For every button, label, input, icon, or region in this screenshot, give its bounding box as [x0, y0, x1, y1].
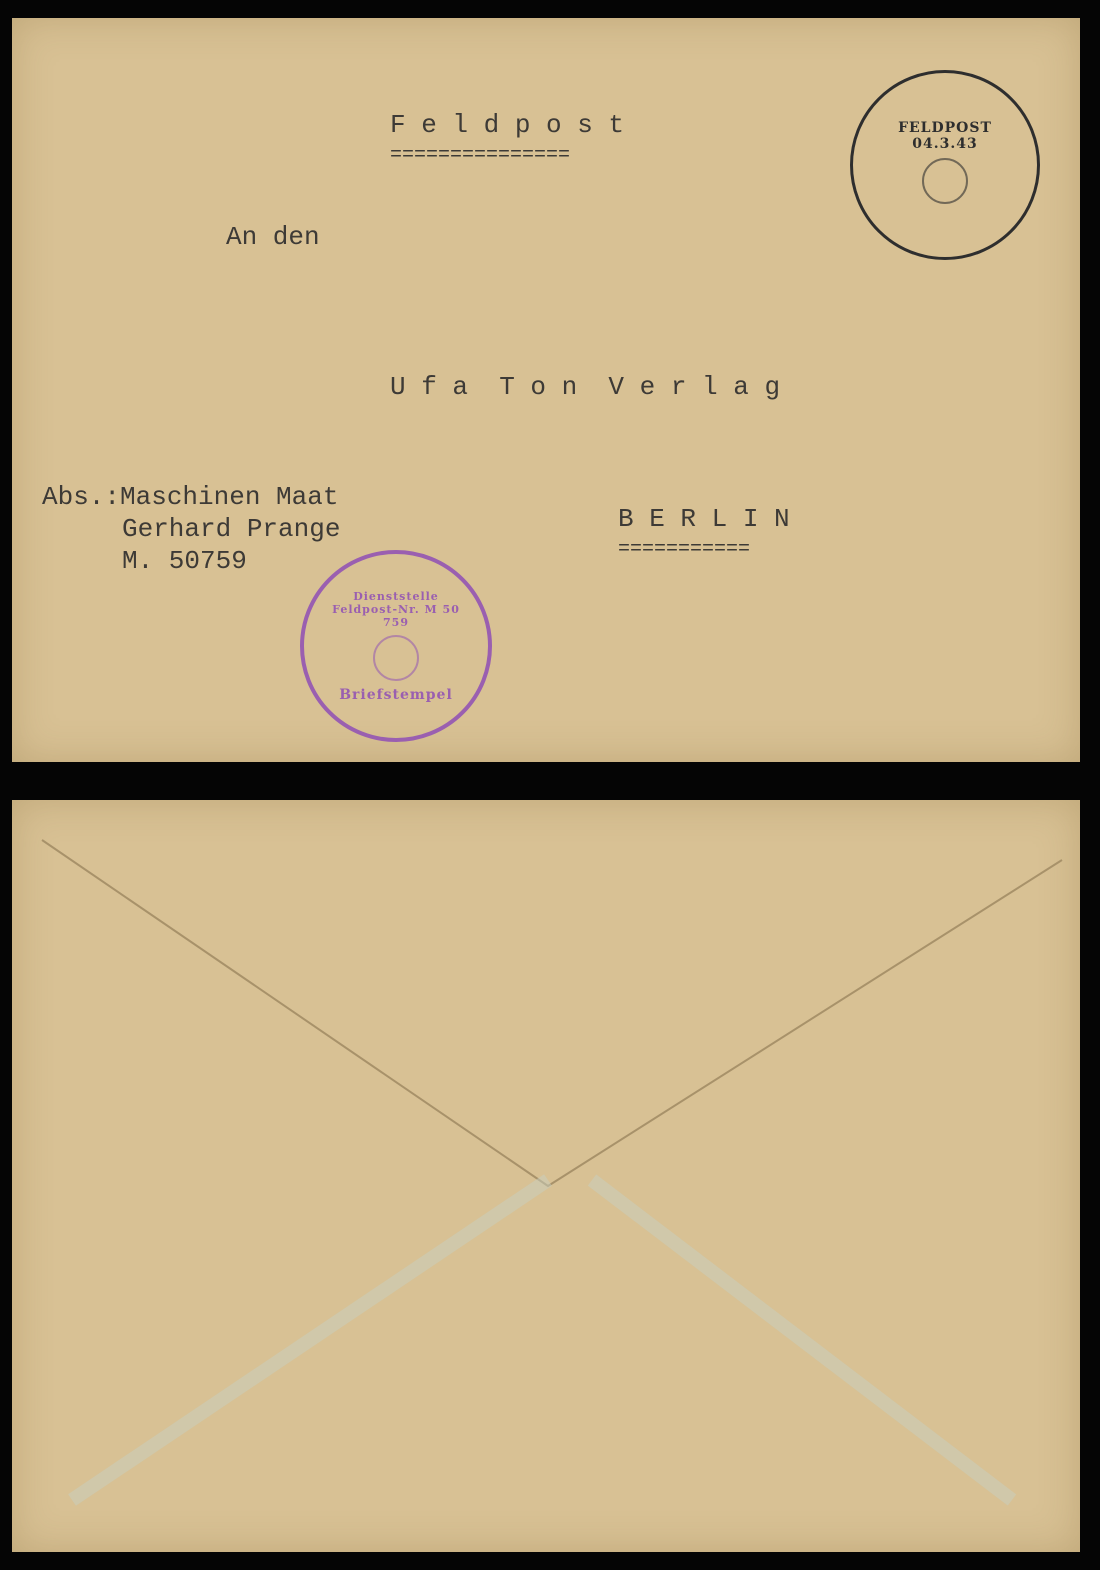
city-underline: =========== — [618, 538, 750, 561]
feldpost-header: F e l d p o s t — [390, 110, 624, 140]
postmark-stamp: FELDPOST 04.3.43 — [850, 70, 1040, 260]
unit-stamp-top: Dienststelle Feldpost-Nr. M 50 759 — [321, 590, 471, 629]
unit-stamp: Dienststelle Feldpost-Nr. M 50 759 Brief… — [300, 550, 492, 742]
recipient-name: U f a T o n V e r l a g — [390, 372, 780, 402]
emblem-icon — [373, 635, 419, 681]
flap-lines — [12, 800, 1080, 1552]
envelope-front: F e l d p o s t =============== An den U… — [12, 18, 1080, 762]
sender-line-2: Gerhard Prange — [122, 514, 340, 544]
envelope-back — [12, 800, 1080, 1552]
unit-stamp-bottom: Briefstempel — [339, 687, 453, 703]
recipient-city: B E R L I N — [618, 504, 790, 534]
sender-line-3: M. 50759 — [122, 546, 247, 576]
emblem-icon — [922, 158, 968, 204]
postmark-date: 04.3.43 — [912, 136, 977, 152]
sender-line-1: Abs.:Maschinen Maat — [42, 482, 338, 512]
postmark-text: FELDPOST — [898, 120, 992, 136]
salutation: An den — [226, 222, 320, 252]
header-underline: =============== — [390, 144, 570, 167]
